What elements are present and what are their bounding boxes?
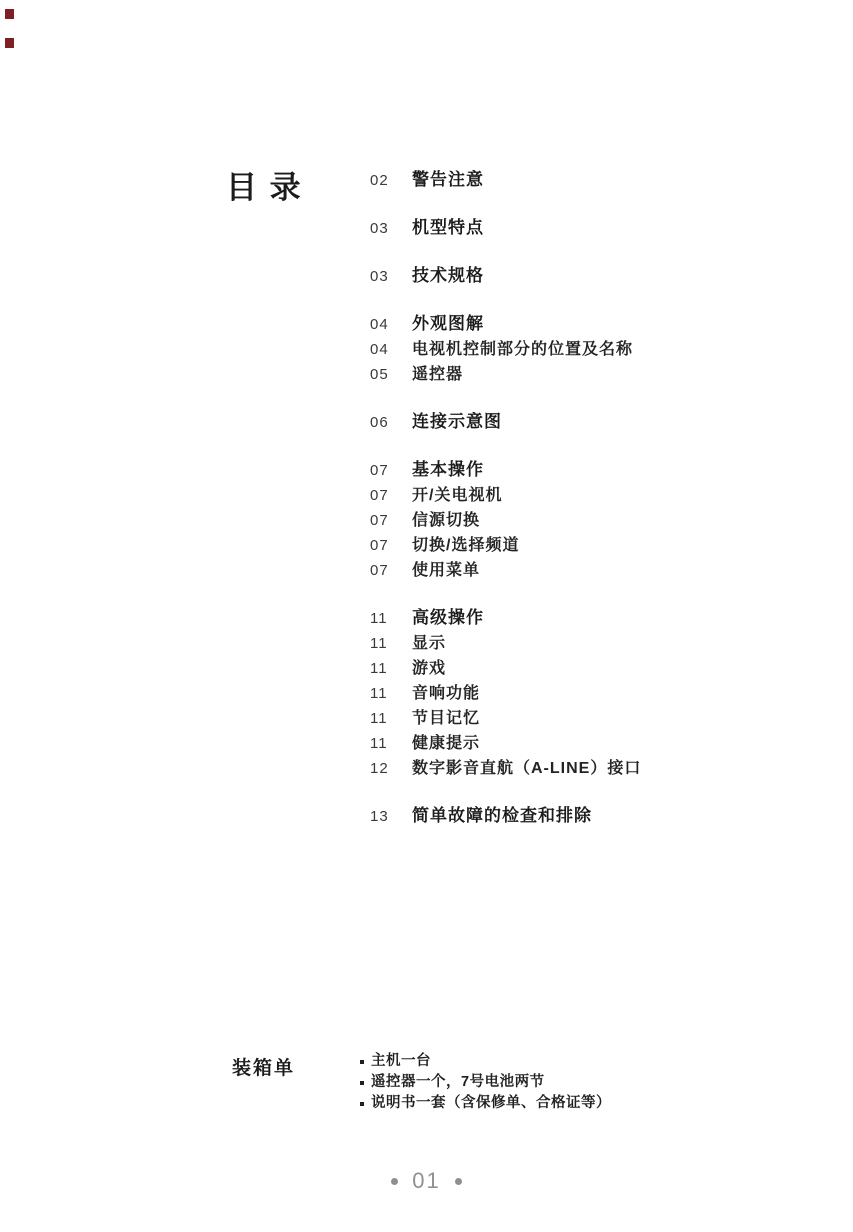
toc-entry: 04 电视机控制部分的位置及名称 — [370, 337, 790, 362]
toc-entry-page: 03 — [370, 216, 412, 241]
packing-item-label: 遥控器一个，7号电池两节 — [371, 1072, 545, 1093]
toc-entry-label: 开/关电视机 — [412, 483, 502, 508]
toc-entry-page: 05 — [370, 362, 412, 387]
toc-entry-label: 电视机控制部分的位置及名称 — [412, 337, 633, 362]
toc-entry-label: 外观图解 — [412, 311, 484, 336]
bullet-icon — [360, 1102, 364, 1106]
toc-entry-page: 11 — [370, 606, 412, 631]
toc-entry-page: 02 — [370, 168, 412, 193]
footer-dot-icon — [391, 1178, 398, 1185]
toc-entry-page: 07 — [370, 483, 412, 508]
packing-list-item: 主机一台 — [360, 1051, 611, 1072]
packing-list-title: 装箱单 — [232, 1053, 295, 1080]
toc-entry: 02 警告注意 — [370, 167, 790, 193]
page-number: 01 — [412, 1168, 440, 1194]
toc-entry: 07 切换/选择频道 — [370, 533, 790, 558]
toc-entry: 03 机型特点 — [370, 215, 790, 241]
toc-entry-page: 12 — [370, 756, 412, 781]
toc-entry-page: 11 — [370, 706, 412, 731]
toc-entry: 05 遥控器 — [370, 362, 790, 387]
bullet-icon — [360, 1060, 364, 1064]
toc-entry-label: 机型特点 — [412, 215, 484, 240]
packing-item-label: 说明书一套（含保修单、合格证等） — [371, 1093, 611, 1114]
toc-entry-page: 06 — [370, 410, 412, 435]
toc-entry: 11 高级操作 — [370, 605, 790, 631]
toc-entry-label: 基本操作 — [412, 457, 484, 482]
toc-entry: 11 显示 — [370, 631, 790, 656]
toc-entry-label: 使用菜单 — [412, 558, 480, 583]
toc-entry: 07 开/关电视机 — [370, 483, 790, 508]
toc-entry-page: 11 — [370, 656, 412, 681]
toc-entry-page: 11 — [370, 731, 412, 756]
toc-entry: 11 音响功能 — [370, 681, 790, 706]
corner-mark-icon — [5, 9, 14, 19]
toc-entry: 07 使用菜单 — [370, 558, 790, 583]
toc-entry-label: 健康提示 — [412, 731, 480, 756]
toc-entry-page: 11 — [370, 681, 412, 706]
toc-entry-page: 03 — [370, 264, 412, 289]
toc-entry: 11 游戏 — [370, 656, 790, 681]
toc-entry-label: 高级操作 — [412, 605, 484, 630]
toc-entry-label: 遥控器 — [412, 362, 463, 387]
toc-entry-label: 简单故障的检查和排除 — [412, 803, 592, 828]
toc-entry: 07 基本操作 — [370, 457, 790, 483]
toc-entry-page: 07 — [370, 533, 412, 558]
toc-list: 02 警告注意 03 机型特点 03 技术规格 04 外观图解 04 电视机控制… — [370, 167, 790, 829]
toc-entry: 04 外观图解 — [370, 311, 790, 337]
toc-entry: 06 连接示意图 — [370, 409, 790, 435]
bullet-icon — [360, 1081, 364, 1085]
footer-dot-icon — [455, 1178, 462, 1185]
toc-entry: 13 简单故障的检查和排除 — [370, 803, 790, 829]
packing-item-label: 主机一台 — [371, 1051, 431, 1072]
toc-entry: 12 数字影音直航（A-LINE）接口 — [370, 756, 790, 781]
toc-entry-label: 切换/选择频道 — [412, 533, 519, 558]
toc-entry-label: 技术规格 — [412, 263, 484, 288]
toc-entry-label: 连接示意图 — [412, 409, 502, 434]
toc-entry-page: 13 — [370, 804, 412, 829]
toc-entry-label: 游戏 — [412, 656, 446, 681]
toc-entry-label: 数字影音直航（A-LINE）接口 — [412, 756, 641, 781]
toc-entry-page: 07 — [370, 508, 412, 533]
packing-list: 主机一台 遥控器一个，7号电池两节 说明书一套（含保修单、合格证等） — [360, 1051, 611, 1114]
corner-mark-icon — [5, 38, 14, 48]
packing-list-item: 说明书一套（含保修单、合格证等） — [360, 1093, 611, 1114]
toc-entry-page: 11 — [370, 631, 412, 656]
toc-entry-label: 警告注意 — [412, 167, 484, 192]
toc-entry-page: 04 — [370, 337, 412, 362]
toc-entry-label: 信源切换 — [412, 508, 480, 533]
manual-toc-page: 目 录 02 警告注意 03 机型特点 03 技术规格 04 外观图解 04 电… — [0, 0, 853, 1232]
page-title: 目 录 — [226, 162, 303, 207]
toc-entry: 07 信源切换 — [370, 508, 790, 533]
page-footer: 01 — [0, 1168, 853, 1194]
toc-entry-page: 07 — [370, 458, 412, 483]
toc-entry: 11 健康提示 — [370, 731, 790, 756]
toc-entry: 11 节目记忆 — [370, 706, 790, 731]
toc-entry-label: 显示 — [412, 631, 446, 656]
toc-entry-label: 音响功能 — [412, 681, 480, 706]
toc-entry-page: 07 — [370, 558, 412, 583]
toc-entry-page: 04 — [370, 312, 412, 337]
packing-list-item: 遥控器一个，7号电池两节 — [360, 1072, 611, 1093]
toc-entry-label: 节目记忆 — [412, 706, 480, 731]
toc-entry: 03 技术规格 — [370, 263, 790, 289]
